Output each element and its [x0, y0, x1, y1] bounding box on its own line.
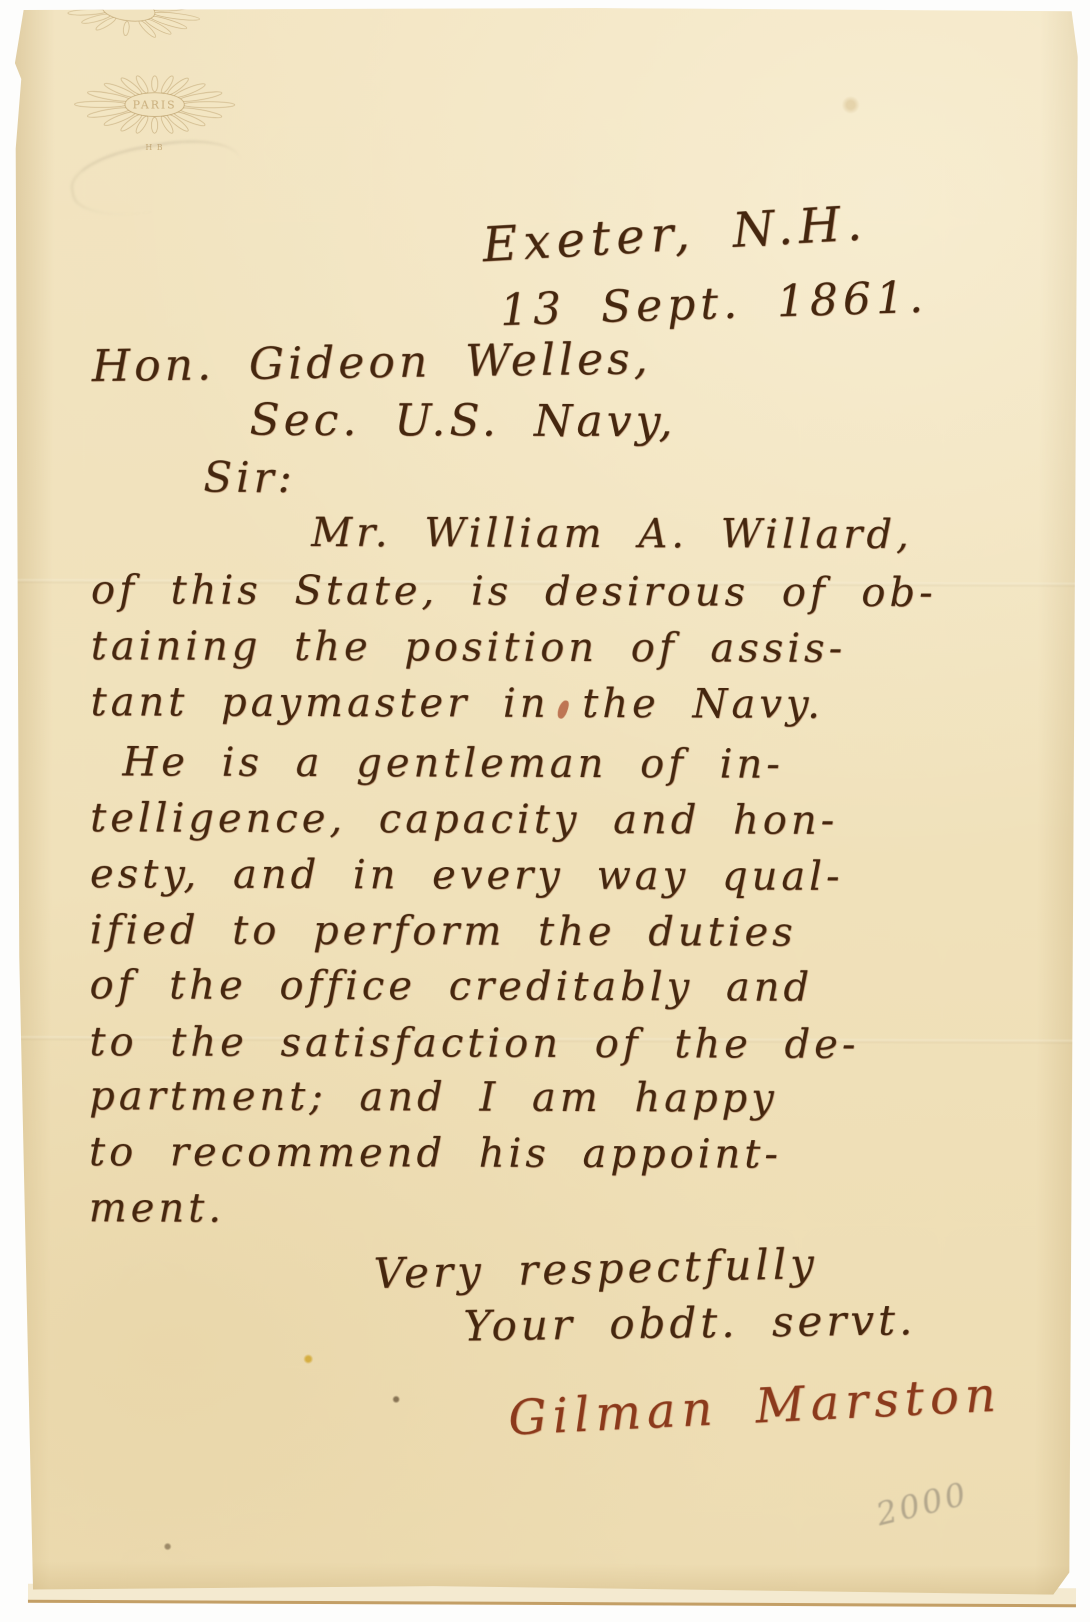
salutation: Sir:	[203, 455, 296, 502]
body-line: telligence, capacity and hon-	[90, 796, 838, 843]
body-line: of this State, is desirous of ob-	[91, 568, 937, 615]
body-line: He is a gentleman of in-	[122, 740, 784, 786]
body-line: esty, and in every way qual-	[90, 852, 844, 899]
closing-line: Your obdt. servt.	[463, 1297, 917, 1350]
stamp-text: PARIS	[133, 98, 177, 111]
body-line: ment.	[89, 1186, 225, 1230]
recipient-line: Hon. Gideon Welles,	[91, 335, 651, 391]
pencil-annotation: 2000	[873, 1477, 972, 1533]
body-line: Mr. William A. Willard,	[311, 511, 913, 557]
body-line: partment; and I am happy	[89, 1074, 778, 1120]
letter-page: PARIS H B Exeter, N.H. 13 Sept. 1861. Ho…	[7, 6, 1078, 1595]
body-line: ified to perform the duties	[90, 908, 797, 954]
dateline-date: 13 Sept. 1861.	[499, 274, 928, 336]
signature: Gilman Marston	[507, 1369, 1003, 1446]
dateline-place: Exeter, N.H.	[481, 197, 869, 272]
body-line: to recommend his appoint-	[89, 1130, 782, 1176]
body-line: taining the position of assis-	[91, 624, 847, 671]
embossed-paris-stamp-partial	[48, 6, 207, 65]
body-line: tant paymaster in the Navy.	[90, 680, 824, 727]
recipient-line: Sec. U.S. Navy,	[249, 397, 676, 447]
document-scan: PARIS H B Exeter, N.H. 13 Sept. 1861. Ho…	[0, 0, 1090, 1622]
body-line: to the satisfaction of the de-	[89, 1020, 859, 1067]
body-line: of the office creditably and	[90, 963, 814, 1010]
closing-line: Very respectfully	[373, 1241, 818, 1297]
